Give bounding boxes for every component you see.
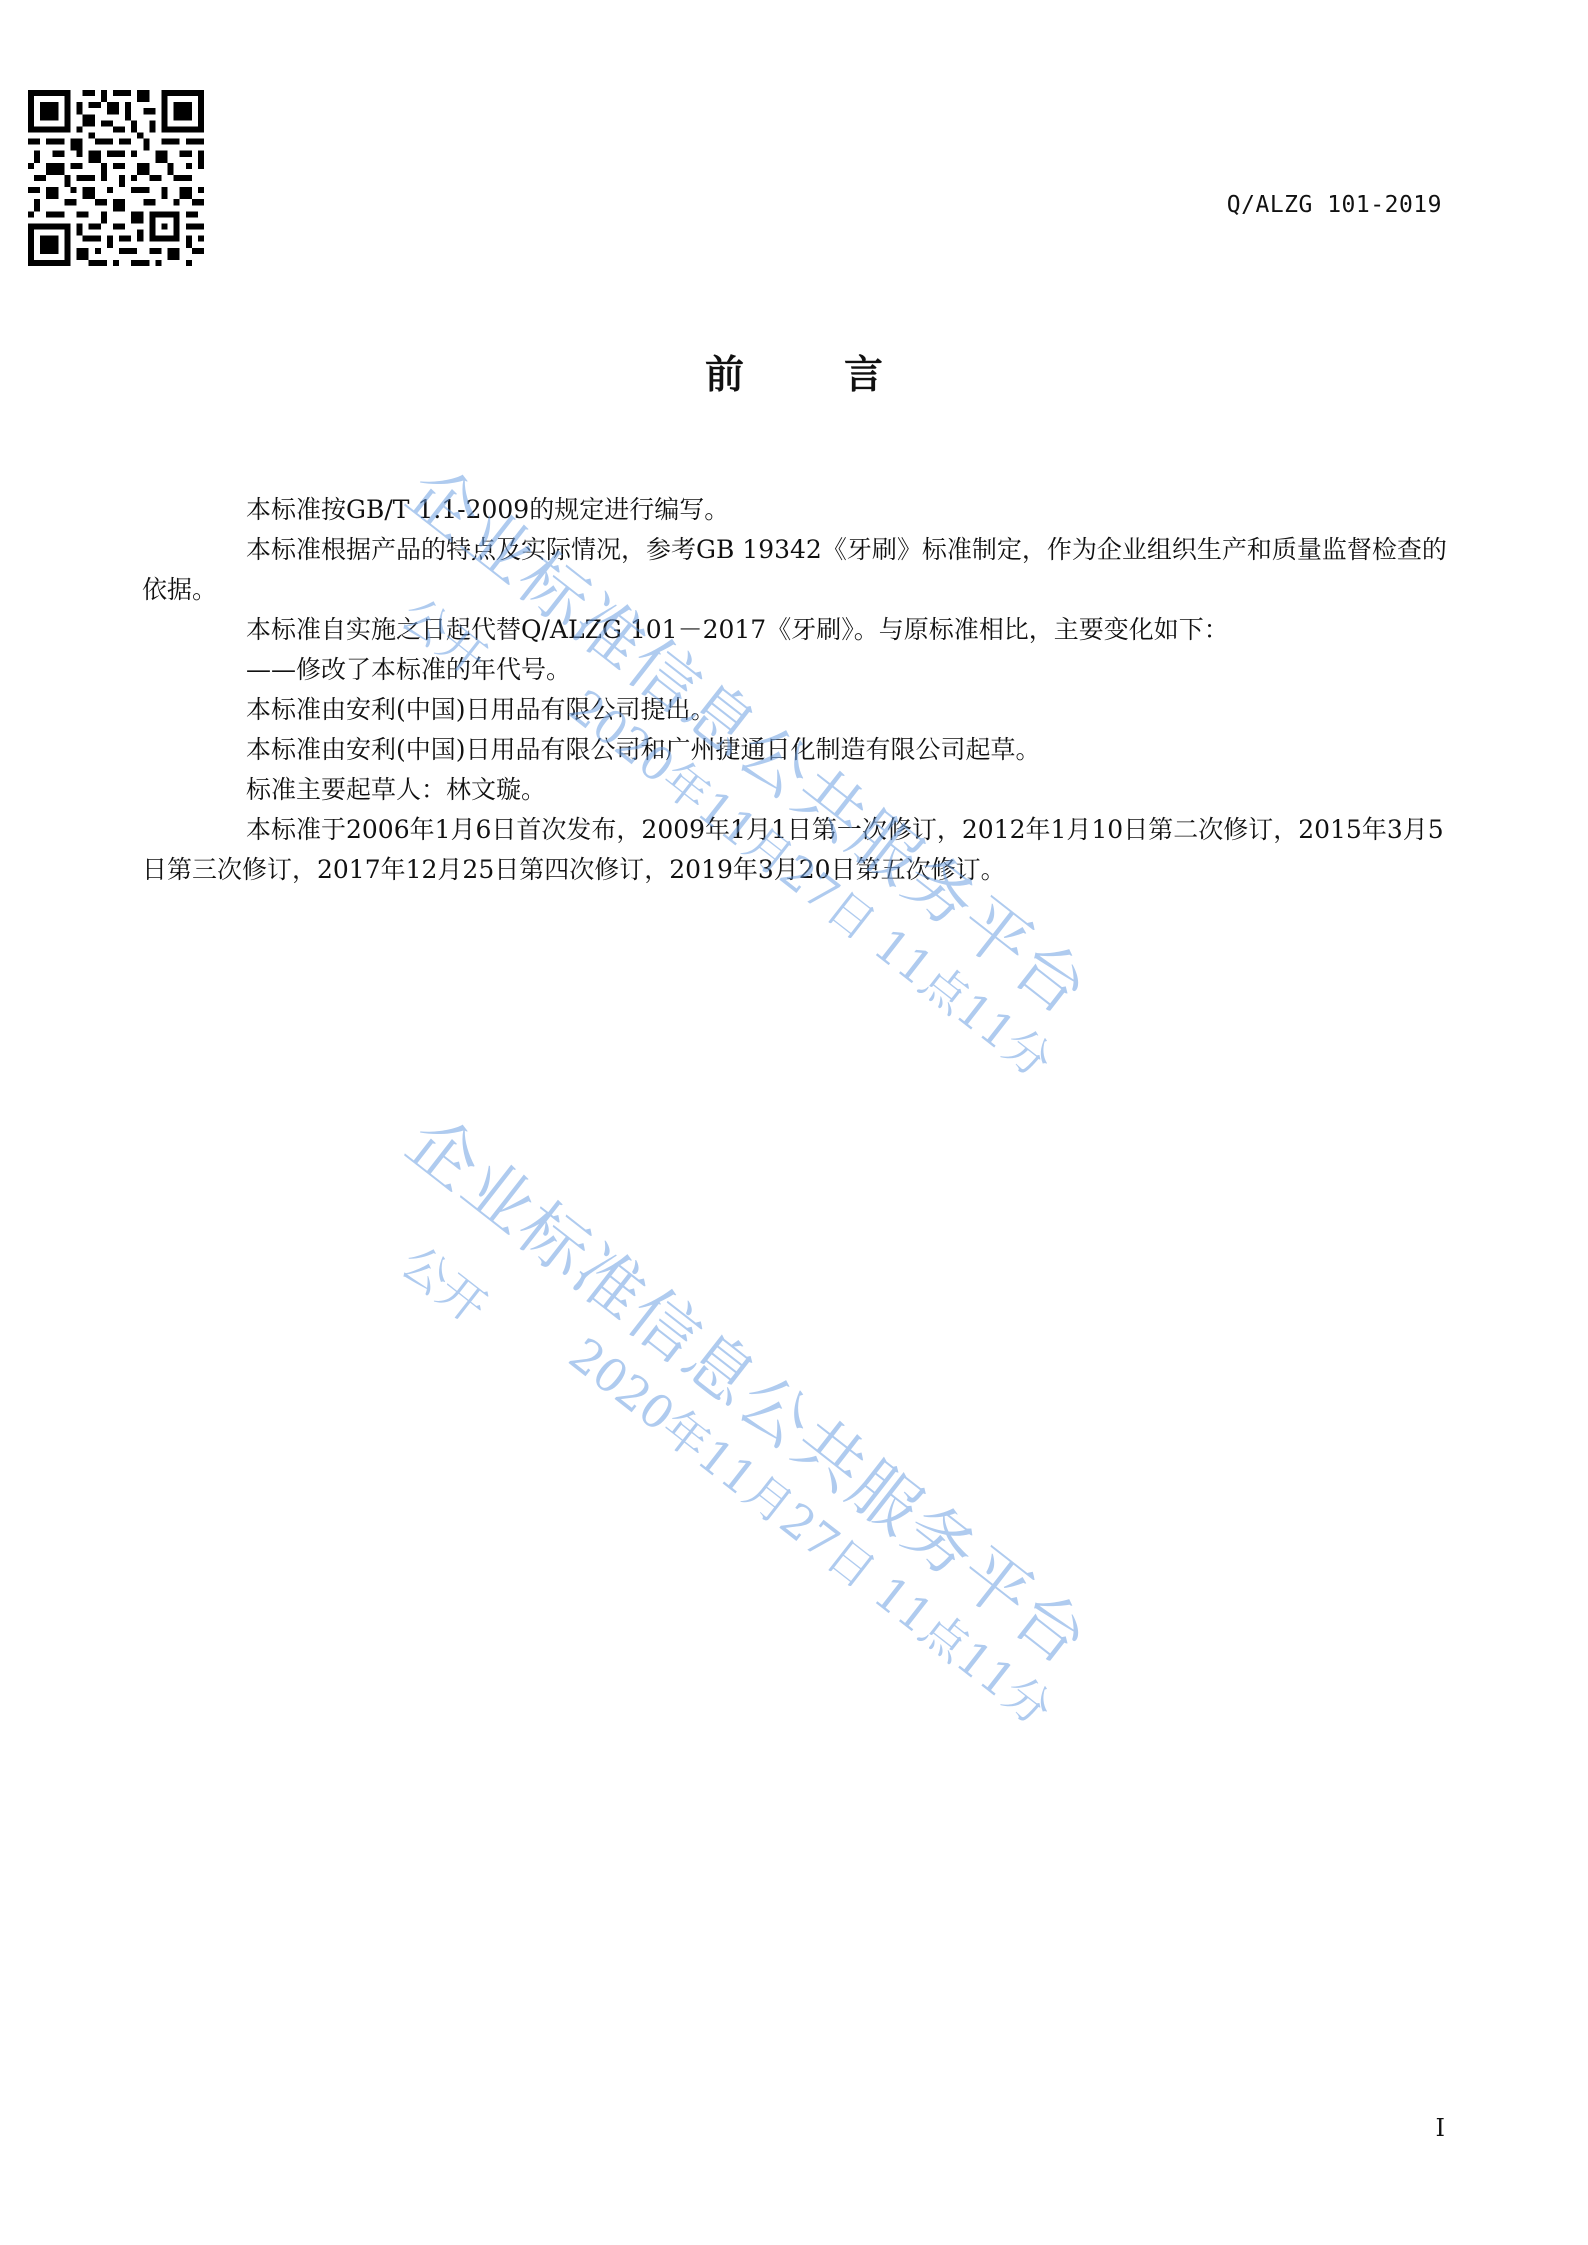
paragraph-drafting-rule: 本标准按GB/T 1.1-2009的规定进行编写。 xyxy=(194,490,1450,530)
paragraph-replacement: 本标准自实施之日起代替Q/ALZG 101－2017《牙刷》。与原标准相比，主要… xyxy=(194,610,1450,650)
title-char-2: 言 xyxy=(844,344,883,400)
foreword-body: 本标准按GB/T 1.1-2009的规定进行编写。 本标准根据产品的特点及实际情… xyxy=(194,490,1450,890)
watermark-platform-bottom: 企业标准信息公共服务平台 xyxy=(390,1090,1112,1684)
page-title: 前言 xyxy=(0,344,1588,400)
watermark-timestamp-bottom: 2020年11月27日 11点11分 xyxy=(557,1320,1067,1739)
page-number: I xyxy=(1436,2114,1445,2142)
paragraph-drafting-units: 本标准由安利(中国)日用品有限公司和广州捷通日化制造有限公司起草。 xyxy=(194,730,1450,770)
qr-code xyxy=(28,90,204,266)
title-char-1: 前 xyxy=(705,344,744,400)
paragraph-proposer: 本标准由安利(中国)日用品有限公司提出。 xyxy=(194,690,1450,730)
qr-code-icon xyxy=(28,90,204,266)
paragraph-history: 本标准于2006年1月6日首次发布，2009年1月1日第一次修订，2012年1月… xyxy=(142,810,1450,890)
paragraph-change-item: ——修改了本标准的年代号。 xyxy=(194,650,1450,690)
paragraph-drafter: 标准主要起草人：林文璇。 xyxy=(194,770,1450,810)
standard-number: Q/ALZG 101-2019 xyxy=(1227,192,1442,218)
paragraph-basis: 本标准根据产品的特点及实际情况，参考GB 19342《牙刷》标准制定，作为企业组… xyxy=(142,530,1450,610)
watermark-public-bottom: 公开 xyxy=(389,1228,502,1337)
